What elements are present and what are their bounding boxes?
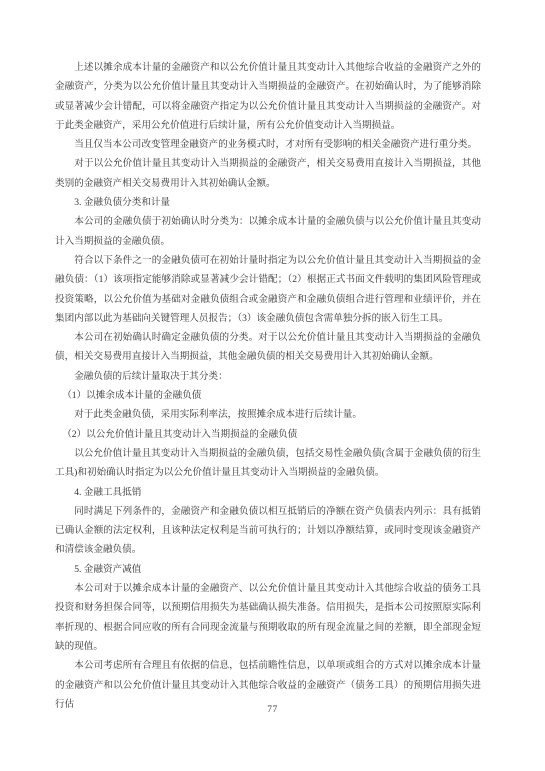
list-item-paragraph: （2）以公允价值计量且其变动计入当期损益的金融负债 [55,425,481,444]
section-heading: 3. 金融负债分类和计量 [55,193,481,212]
paragraph: 当且仅当本公司改变管理金融资产的业务模式时，才对所有受影响的相关金融资产进行重分… [55,135,481,154]
paragraph: 对于以公允价值计量且其变动计入当期损益的金融资产，相关交易费用直接计入当期损益，… [55,154,481,193]
paragraph: 以公允价值计量且其变动计入当期损益的金融负债，包括交易性金融负债(含属于金融负债… [55,444,481,483]
paragraph: 本公司在初始确认时确定金融负债的分类。对于以公允价值计量且其变动计入当期损益的金… [55,328,481,367]
list-item-paragraph: （1）以摊余成本计量的金融负债 [55,386,481,405]
document-page: 上述以摊余成本计量的金融资产和以公允价值计量且其变动计入其他综合收益的金融资产之… [0,0,545,771]
paragraph: 本公司对于以摊余成本计量的金融资产、以公允价值计量且其变动计入其他综合收益的债务… [55,579,481,656]
paragraph: 对于此类金融负债，采用实际利率法，按照摊余成本进行后续计量。 [55,405,481,424]
paragraph: 符合以下条件之一的金融负债可在初始计量时指定为以公允价值计量且其变动计入当期损益… [55,251,481,328]
section-heading: 5. 金融资产减值 [55,560,481,579]
section-heading: 4. 金融工具抵销 [55,483,481,502]
paragraph: 上述以摊余成本计量的金融资产和以公允价值计量且其变动计入其他综合收益的金融资产之… [55,58,481,135]
paragraph: 金融负债的后续计量取决于其分类： [55,367,481,386]
page-number: 77 [0,705,545,715]
paragraph: 本公司的金融负债于初始确认时分类为：以摊余成本计量的金融负债与以公允价值计量且其… [55,212,481,251]
paragraph: 同时满足下列条件的，金融资产和金融负债以相互抵销后的净额在资产负债表内列示：具有… [55,502,481,560]
page-content: 上述以摊余成本计量的金融资产和以公允价值计量且其变动计入其他综合收益的金融资产之… [55,58,481,714]
